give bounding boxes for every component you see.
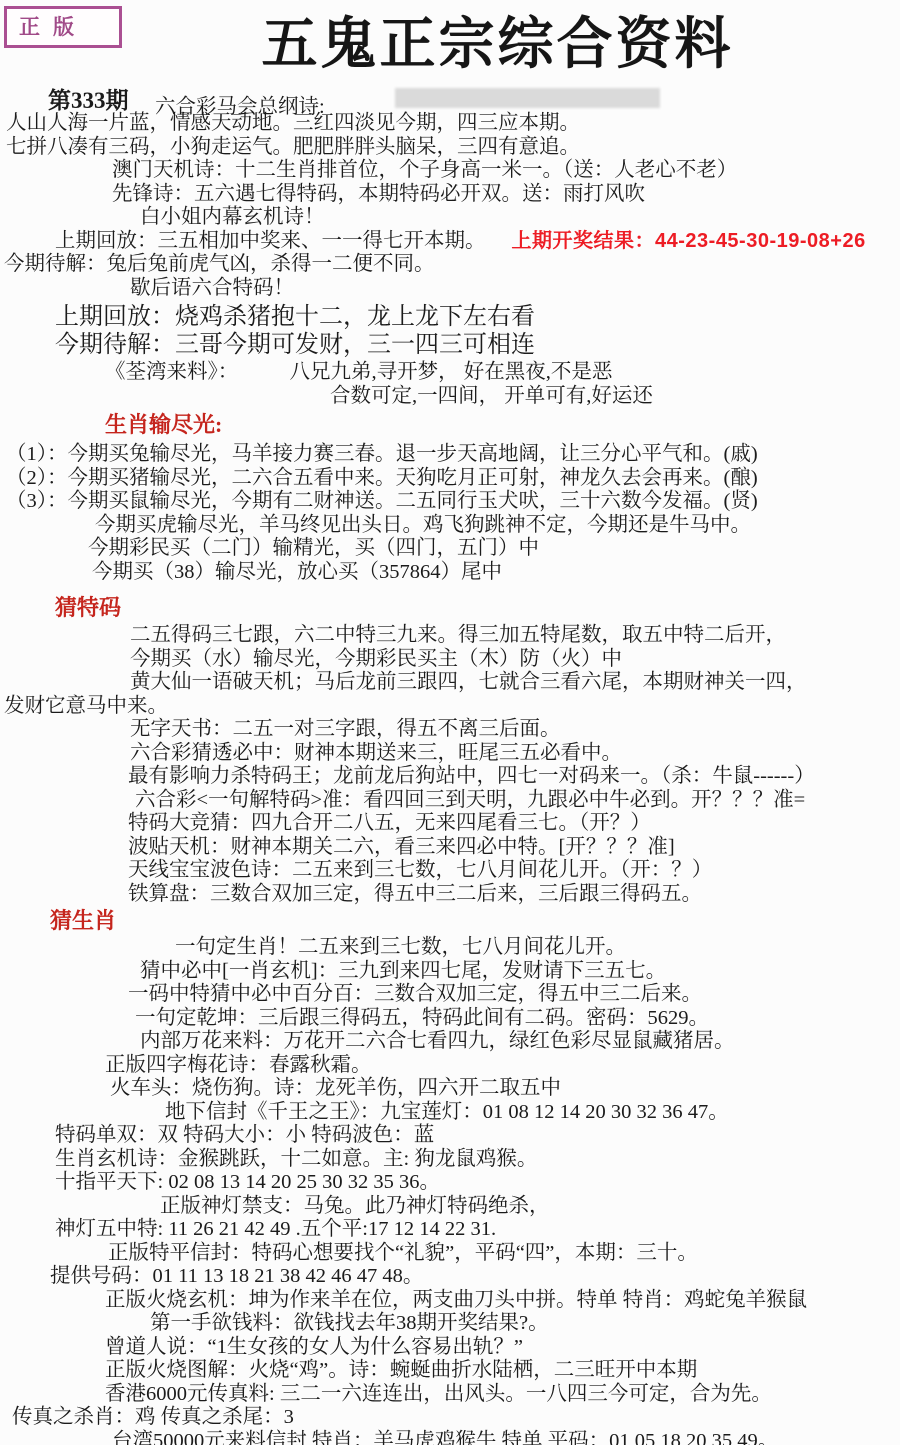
text-line: 特码大竞猜：四九合开二八五，无来四尾看三七。（开？） — [0, 812, 900, 836]
text-line: 正版神灯禁支：马兔。此乃神灯特码绝杀， — [0, 1195, 900, 1219]
text-line: 最有影响力杀特码王；龙前龙后狗站中，四七一对码来一。（杀：牛鼠------） — [0, 765, 900, 789]
issue-row: 第333期 六合彩马会总纲诗: — [0, 80, 900, 112]
text-line: 澳门天机诗：十二生肖排首位，个子身高一米一。（送：人老心不老） — [0, 159, 900, 183]
text-line: 黄大仙一语破天机；马后龙前三跟四，七就合三看六尾，本期财神关一四， — [0, 671, 900, 695]
text-line: 今期彩民买（二门）输精光，买（四门，五门）中 — [0, 537, 900, 561]
text-line: 人山人海一片蓝，情感天动地。三红四淡见今期，四三应本期。 — [0, 112, 900, 136]
text-line: 铁算盘：三数合双加三定，得五中三二后来，三后跟三得码五。 — [0, 883, 900, 907]
text-line: 白小姐内幕玄机诗！ — [0, 206, 900, 230]
text-line: 波贴天机：财神本期关二六，看三来四必中特。[开？？？准] — [0, 836, 900, 860]
intro-label: 六合彩马会总纲诗: — [155, 89, 325, 119]
text-line: 今期买虎输尽光，羊马终见出头日。鸡飞狗跳神不定，今期还是牛马中。 — [0, 514, 900, 538]
text-line: 今期买（38）输尽光，放心买（357864）尾中 — [0, 561, 900, 585]
last-draw-review: 上期回放：三五相加中奖来、一一得七开本期。 — [55, 230, 486, 252]
redacted-block — [395, 88, 660, 108]
text-line: （2）：今期买猪输尽光，二六合五看中来。天狗吃月正可射，神龙久去会再来。(酿) — [0, 467, 900, 491]
text-line: 生肖玄机诗：金猴跳跃，十二如意。主: 狗龙鼠鸡猴。 — [0, 1148, 900, 1172]
text-line: 正版火烧图解：火烧“鸡”。诗：蜿蜒曲折水陆栖，二三旺开中本期 — [0, 1359, 900, 1383]
text-line: 先锋诗：五六遇七得特码，本期特码必开双。送：雨打风吹 — [0, 183, 900, 207]
text-line: 台湾50000元来料信封 特肖：羊马虎鸡猴牛 特单 平码：01 05 18 20… — [0, 1430, 900, 1445]
text-line: 《荃湾来料》： 八兄九弟,寻开梦， 好在黑夜,不是恶 — [0, 361, 900, 385]
section-heading-shengxiao-guess: 猜生肖 — [0, 908, 900, 934]
section-heading-shengxiao: 生肖输尽光: — [0, 412, 900, 438]
text-line: 火车头：烧伤狗。诗：龙死羊伤，四六开二取五中 — [0, 1077, 900, 1101]
text-line: 内部万花来料：万花开二六合七看四九，绿红色彩尽显鼠藏猪居。 — [0, 1030, 900, 1054]
draw-result-numbers: 44-23-45-30-19-08+26 — [655, 230, 866, 252]
document-page: 正版 五鬼正宗综合资料 第333期 六合彩马会总纲诗: 人山人海一片蓝，情感天动… — [0, 0, 900, 1445]
page-title: 五鬼正宗综合资料 — [0, 14, 900, 76]
text-line: 传真之杀肖：鸡 传真之杀尾：3 — [0, 1406, 900, 1430]
text-line: 香港6000元传真料: 三二一六连连出，出风头。一八四三今可定，合为先。 — [0, 1383, 900, 1407]
text-line: 六合彩<一句解特码>准：看四回三到天明，九跟必中牛必到。开？？？准= — [0, 789, 900, 813]
text-line: 天线宝宝波色诗：二五来到三七数，七八月间花儿开。（开：？） — [0, 859, 900, 883]
text-line: （3）：今期买鼠输尽光，今期有二财神送。二五同行玉犬吠，三十六数今发福。(贤) — [0, 490, 900, 514]
authenticity-stamp: 正版 — [4, 6, 122, 48]
text-line: 第一手欲钱料：欲钱找去年38期开奖结果?。 — [0, 1312, 900, 1336]
text-line: 猜中必中[一肖玄机]：三九到来四七尾，发财请下三五七。 — [0, 960, 900, 984]
text-line: 曾道人说：“1生女孩的女人为什么容易出轨？” — [0, 1336, 900, 1360]
draw-result: 上期开奖结果：44-23-45-30-19-08+26 — [512, 230, 866, 252]
text-line: 提供号码：01 11 13 18 21 38 42 46 47 48。 — [0, 1265, 900, 1289]
authenticity-stamp-label: 正版 — [19, 17, 87, 38]
text-line: 一码中特猜中必中百分百：三数合双加三定，得五中三二后来。 — [0, 983, 900, 1007]
text-line: 合数可定,一四间， 开单可有,好运还 — [0, 385, 900, 409]
text-line: 正版火烧玄机：坤为作来羊在位，两支曲刀头中拼。特单 特肖：鸡蛇兔羊猴鼠 — [0, 1289, 900, 1313]
text-line: 歇后语六合特码！ — [0, 277, 900, 301]
issue-number: 第333期 — [48, 82, 129, 115]
text-line: 一句定生肖！二五来到三七数，七八月间花儿开。 — [0, 936, 900, 960]
text-line: 今期待解：三哥今期可发财，三一四三可相连 — [0, 331, 900, 359]
text-line: 十指平天下: 02 08 13 14 20 25 30 32 35 36。 — [0, 1171, 900, 1195]
draw-result-label: 上期开奖结果： — [512, 230, 656, 252]
text-line: 一句定乾坤：三后跟三得码五，特码此间有二码。密码：5629。 — [0, 1007, 900, 1031]
text-line: 特码单双：双 特码大小：小 特码波色：蓝 — [0, 1124, 900, 1148]
text-line: 六合彩猜透必中：财神本期送来三，旺尾三五必看中。 — [0, 742, 900, 766]
text-line: 今期待解：兔后兔前虎气凶，杀得一二便不同。 — [0, 253, 900, 277]
text-line: 上期回放：烧鸡杀猪抱十二，龙上龙下左右看 — [0, 303, 900, 331]
text-line: 地下信封《千王之王》：九宝莲灯：01 08 12 14 20 30 32 36 … — [0, 1101, 900, 1125]
text-line: 发财它意马中来。 — [0, 695, 900, 719]
text-line: （1）：今期买兔输尽光，马羊接力赛三春。退一步天高地阔，让三分心平气和。(戚) — [0, 443, 900, 467]
text-line: 七拼八凑有三码，小狗走运气。肥肥胖胖头脑呆，三四有意追。 — [0, 136, 900, 160]
text-line: 正版特平信封：特码心想要找个“礼貌”，平码“四”，本期：三十。 — [0, 1242, 900, 1266]
text-line: 正版四字梅花诗：春露秋霜。 — [0, 1054, 900, 1078]
text-line: 神灯五中特: 11 26 21 42 49 .五个平:17 12 14 22 3… — [0, 1218, 900, 1242]
section-heading-tema: 猜特码 — [0, 595, 900, 621]
text-line: 二五得码三七跟，六二中特三九来。得三加五特尾数，取五中特二后开， — [0, 624, 900, 648]
text-line: 上期回放：三五相加中奖来、一一得七开本期。上期开奖结果：44-23-45-30-… — [0, 230, 900, 254]
text-line: 今期买（水）输尽光，今期彩民买主（木）防（火）中 — [0, 648, 900, 672]
text-line: 无字天书：二五一对三字跟，得五不离三后面。 — [0, 718, 900, 742]
